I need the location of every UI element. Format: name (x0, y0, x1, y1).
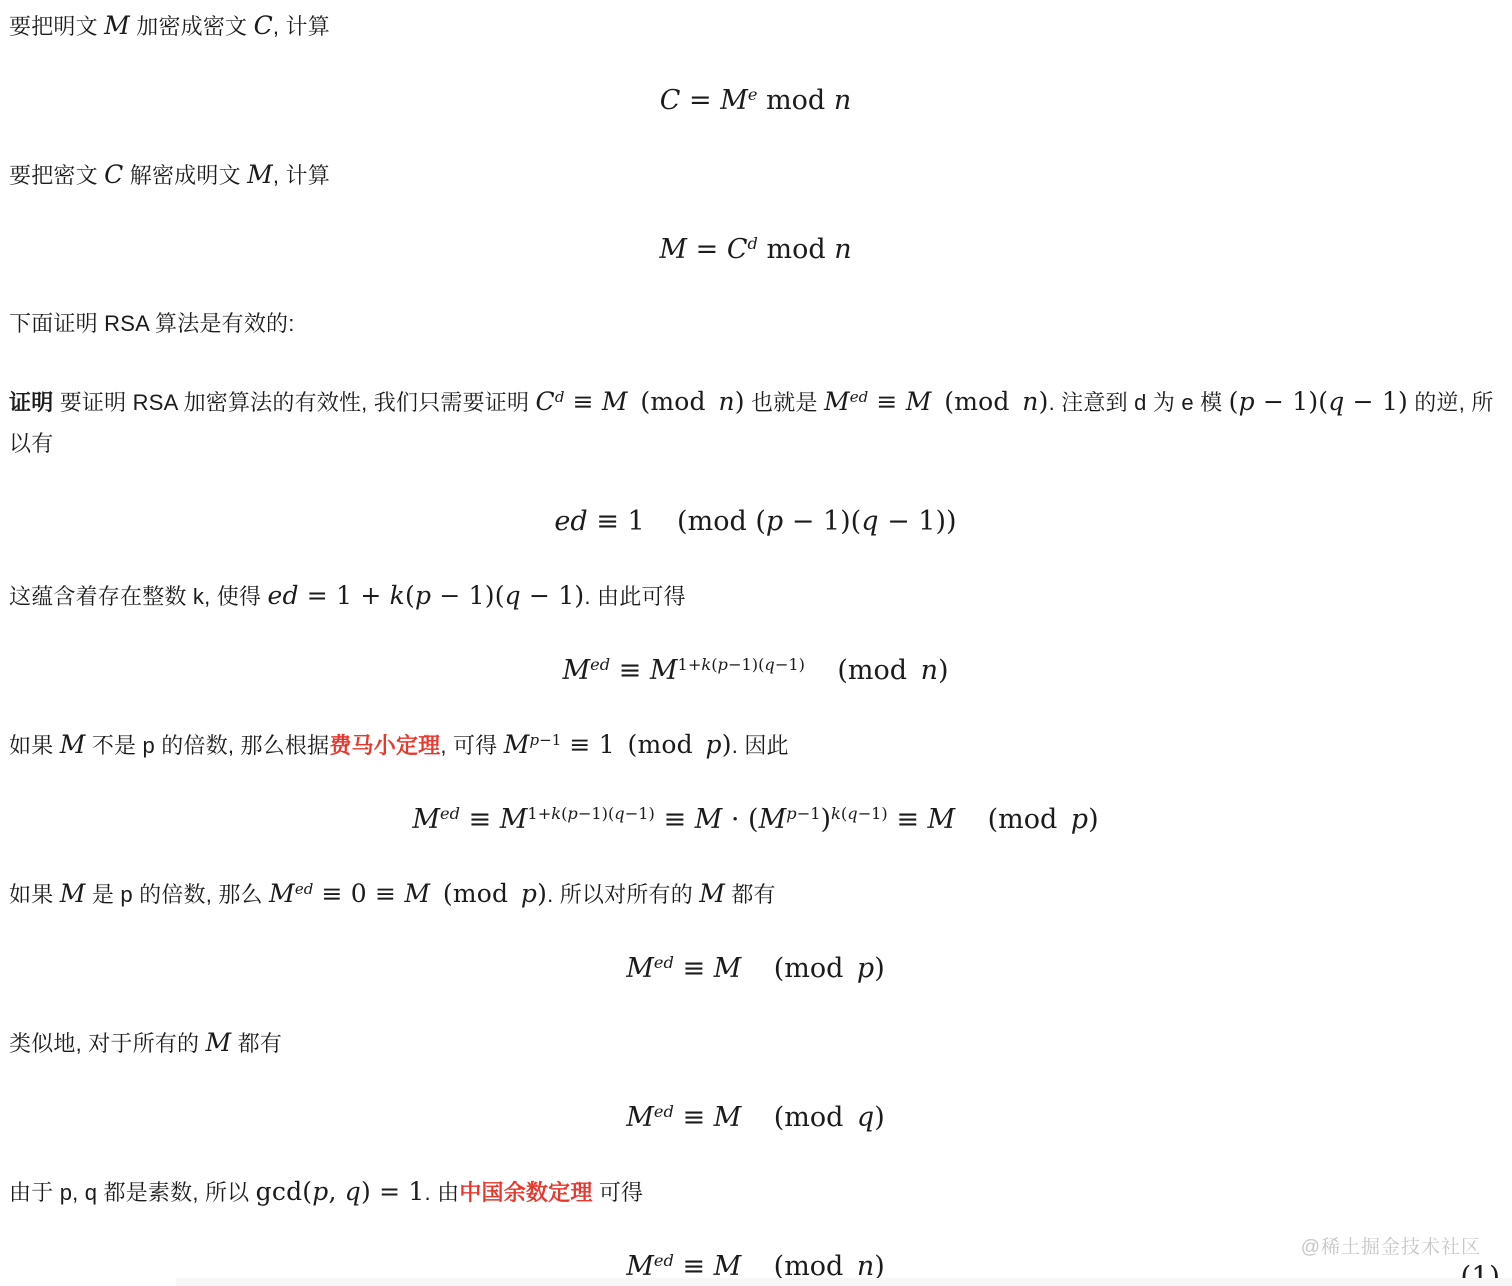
math-variable: M (906, 387, 932, 416)
paragraph: 如果 M 是 p 的倍数, 那么 Med ≡ 0 ≡ M (mod p). 所以… (9, 878, 1502, 911)
math-operator: −1) (775, 655, 805, 674)
display-formula: Med ≡ M (mod q) (9, 1101, 1502, 1135)
text-run: 下面证明 RSA 算法是有效的: (9, 311, 295, 336)
math-operator (693, 730, 706, 759)
math-variable: p (706, 730, 722, 759)
text-run: 可得 (593, 1180, 644, 1205)
math-operator: − 1)( (783, 506, 861, 537)
math-variable: ed (295, 880, 313, 898)
math-operator: ) (821, 804, 832, 835)
math-operator: −1)( (728, 655, 765, 674)
math-variable: k (701, 655, 711, 674)
math-operator: ) (1039, 387, 1049, 416)
math-variable: ed (267, 581, 298, 610)
math-operator: ) (874, 953, 885, 984)
math-operator: −1 (797, 804, 821, 823)
math-operator: = 1 + (299, 581, 390, 610)
math-operator (508, 879, 521, 908)
text-run: 不是 p 的倍数, 那么根据 (86, 733, 330, 758)
inline-math: Cd ≡ M (mod n) (536, 388, 745, 416)
math-operator: mod (784, 953, 843, 984)
math-operator (843, 953, 857, 984)
math-operator: = (680, 85, 720, 116)
math-operator: mod (650, 387, 705, 416)
math-operator: ) (874, 1102, 885, 1133)
math-operator: 1+ (527, 804, 551, 823)
math-variable: p (521, 879, 537, 908)
math-operator: ≡ (564, 387, 601, 416)
math-operator: mod (954, 387, 1009, 416)
math-operator: ( (741, 953, 784, 984)
inline-math: gcd(p, q) = 1 (256, 1178, 425, 1206)
display-formula: Med ≡ M1+k(p−1)(q−1) (mod n) (9, 654, 1502, 688)
math-variable: ed (850, 388, 868, 406)
math-operator: ( (1229, 387, 1239, 416)
math-operator: ( (955, 804, 998, 835)
math-variable: n (834, 234, 851, 265)
math-superscript: ed (654, 1102, 674, 1121)
math-variable: M (720, 85, 748, 116)
math-operator (826, 234, 835, 265)
inline-math: M (60, 731, 86, 759)
math-variable: M (695, 804, 723, 835)
math-operator: ) (938, 655, 949, 686)
formula-content: Med ≡ M (mod p) (626, 953, 885, 984)
text-run: . 所以对所有的 (547, 882, 699, 907)
math-variable: M (504, 730, 530, 759)
math-operator: gcd (256, 1177, 303, 1206)
math-operator: ) = 1 (361, 1177, 425, 1206)
math-operator: −1) (858, 804, 888, 823)
math-operator: ≡ (460, 804, 500, 835)
math-variable: k (831, 804, 841, 823)
math-operator: ( (747, 506, 766, 537)
math-variable: ed (554, 506, 587, 537)
math-operator (907, 655, 921, 686)
article: 要把明文 M 加密成密文 C, 计算C = Me mod n要把密文 C 解密成… (0, 0, 1512, 1286)
math-variable: M (60, 730, 86, 759)
math-variable: M (626, 953, 654, 984)
math-variable: k (551, 804, 561, 823)
math-operator: ≡ (888, 804, 928, 835)
display-formula: ed ≡ 1 (mod (p − 1)(q − 1)) (9, 505, 1502, 539)
text-run: 这蕴含着存在整数 k, 使得 (9, 584, 267, 609)
text-run: 加密成密文 (130, 14, 254, 39)
math-superscript: k(q−1) (831, 804, 888, 823)
math-variable: M (659, 234, 687, 265)
inline-math: Med ≡ 0 ≡ M (mod p) (269, 880, 547, 908)
paragraph: 类似地, 对于所有的 M 都有 (9, 1027, 1502, 1060)
text-run: . 因此 (732, 733, 789, 758)
math-variable: q (764, 655, 774, 674)
math-operator: ) (537, 879, 547, 908)
math-operator: ( (741, 1102, 784, 1133)
bottom-bar (176, 1278, 1512, 1286)
math-variable: M (412, 804, 440, 835)
formula-content: Med ≡ M1+k(p−1)(q−1) ≡ M · (Mp−1)k(q−1) … (412, 804, 1098, 835)
math-variable: M (269, 879, 295, 908)
math-variable: M (650, 655, 678, 686)
math-variable: q (847, 804, 857, 823)
math-variable: p (530, 731, 540, 749)
math-variable: ed (440, 804, 460, 823)
math-operator: − 1)( (1255, 387, 1328, 416)
math-variable: M (247, 160, 273, 189)
math-superscript: ed (590, 655, 610, 674)
math-variable: C (660, 85, 681, 116)
text-run: 是 p 的倍数, 那么 (86, 882, 270, 907)
math-operator: ≡ (655, 804, 695, 835)
math-variable: p (567, 804, 577, 823)
text-run: 解密成明文 (123, 163, 247, 188)
math-variable: q (614, 804, 624, 823)
math-variable: p (1239, 387, 1255, 416)
math-variable: q (345, 1177, 361, 1206)
display-formula: C = Me mod n (9, 84, 1502, 118)
inline-math: M (699, 880, 725, 908)
term-link[interactable]: 费马小定理 (329, 733, 440, 758)
math-operator (1057, 804, 1071, 835)
text-run: . 注意到 d 为 e 模 (1049, 390, 1229, 415)
math-variable: M (104, 11, 130, 40)
paragraph: 如果 M 不是 p 的倍数, 那么根据费马小定理, 可得 Mp−1 ≡ 1 (m… (9, 729, 1502, 762)
text-run: 如果 (9, 733, 60, 758)
math-superscript: ed (654, 953, 674, 972)
math-operator: ( (932, 387, 955, 416)
math-variable: p (766, 506, 783, 537)
math-variable: M (714, 1102, 742, 1133)
math-operator: mod (848, 655, 907, 686)
math-operator (706, 387, 719, 416)
math-operator: mod (784, 1102, 843, 1133)
paragraph: 要把明文 M 加密成密文 C, 计算 (9, 10, 1502, 43)
math-variable: M (928, 804, 956, 835)
text-run: , 计算 (273, 163, 330, 188)
paragraph: 这蕴含着存在整数 k, 使得 ed = 1 + k(p − 1)(q − 1).… (9, 580, 1502, 613)
math-variable: M (562, 655, 590, 686)
math-operator: − 1)( (431, 581, 504, 610)
math-variable: ed (654, 953, 674, 972)
math-variable: M (626, 1102, 654, 1133)
paragraph: 证明 要证明 RSA 加密算法的有效性, 我们只需要证明 Cd ≡ M (mod… (9, 381, 1502, 464)
math-operator: ≡ (610, 655, 650, 686)
math-variable: C (536, 387, 555, 416)
math-variable: p (1071, 804, 1088, 835)
math-operator: mod (998, 804, 1057, 835)
inline-math: (p − 1)(q − 1) (1229, 388, 1408, 416)
math-variable: n (834, 85, 851, 116)
text-run: . 由 (424, 1180, 459, 1205)
formula-content: C = Me mod n (660, 85, 851, 116)
math-operator: = (687, 234, 727, 265)
math-operator: ) (1088, 804, 1099, 835)
math-variable: p (415, 581, 431, 610)
math-operator: ( (805, 655, 848, 686)
text-run: 如果 (9, 882, 60, 907)
math-variable: q (857, 1102, 874, 1133)
inline-math: Mp−1 ≡ 1 (mod p) (504, 731, 732, 759)
math-operator: − 1) (1345, 387, 1409, 416)
math-variable: ed (654, 1102, 674, 1121)
math-operator: ≡ 1 ( (561, 730, 637, 759)
display-formula: Med ≡ M (mod p) (9, 952, 1502, 986)
math-operator: mod (637, 730, 692, 759)
text-run: , 可得 (440, 733, 503, 758)
math-operator: mod (766, 234, 825, 265)
text-run: 要把明文 (9, 14, 104, 39)
formula-content: ed ≡ 1 (mod (p − 1)(q − 1)) (554, 506, 956, 537)
math-operator: −1 (539, 731, 561, 749)
math-variable: q (861, 506, 878, 537)
math-variable: p (718, 655, 728, 674)
math-operator: ≡ 0 ≡ (313, 879, 404, 908)
math-variable: M (206, 1028, 232, 1057)
math-superscript: ed (440, 804, 460, 823)
math-operator: ( (430, 879, 453, 908)
math-superscript: ed (295, 881, 313, 898)
math-operator: ) (722, 730, 732, 759)
bold-label: 证明 (9, 390, 53, 415)
math-superscript: p−1 (786, 804, 820, 823)
display-formula: M = Cd mod n (9, 233, 1502, 267)
math-superscript: ed (654, 1251, 674, 1270)
math-variable: k (390, 581, 405, 610)
math-operator: · ( (722, 804, 758, 835)
math-variable: M (404, 879, 430, 908)
inline-math: M (206, 1029, 232, 1057)
term-link[interactable]: 中国余数定理 (459, 1180, 592, 1205)
math-operator: ≡ (868, 387, 905, 416)
inline-math: ed = 1 + k(p − 1)(q − 1) (267, 582, 584, 610)
math-operator: mod (453, 879, 508, 908)
math-operator: ≡ (674, 1102, 714, 1133)
math-operator: − 1) (521, 581, 585, 610)
math-operator: −1)( (578, 804, 615, 823)
math-operator: , (328, 1177, 344, 1206)
math-variable: M (699, 879, 725, 908)
math-variable: q (505, 581, 521, 610)
math-operator: mod (688, 506, 747, 537)
math-variable: C (727, 234, 748, 265)
math-variable: p (857, 953, 874, 984)
inline-math: C (254, 12, 273, 40)
math-variable: ed (654, 1251, 674, 1270)
math-operator: ( (302, 1177, 312, 1206)
inline-math: Med ≡ M (mod n) (824, 388, 1049, 416)
math-superscript: p−1 (530, 732, 562, 749)
paragraph: 要把密文 C 解密成明文 M, 计算 (9, 159, 1502, 192)
math-variable: M (60, 879, 86, 908)
math-variable: q (1328, 387, 1344, 416)
text-run: 都有 (725, 882, 776, 907)
text-run: , 计算 (273, 14, 330, 39)
text-run: . 由此可得 (584, 584, 685, 609)
display-formula: Med ≡ M1+k(p−1)(q−1) ≡ M · (Mp−1)k(q−1) … (9, 803, 1502, 837)
math-variable: d (748, 234, 758, 253)
math-operator: −1) (625, 804, 655, 823)
inline-math: C (104, 161, 123, 189)
math-variable: M (759, 804, 787, 835)
formula-content: Med ≡ M1+k(p−1)(q−1) (mod n) (562, 655, 948, 686)
paragraph: 下面证明 RSA 算法是有效的: (9, 308, 1502, 340)
inline-math: M (247, 161, 273, 189)
math-operator: mod (766, 85, 825, 116)
math-variable: M (602, 387, 628, 416)
math-operator (843, 1102, 857, 1133)
math-operator: ( (405, 581, 415, 610)
math-operator (1010, 387, 1023, 416)
math-variable: M (824, 387, 850, 416)
math-variable: M (714, 953, 742, 984)
math-variable: C (104, 160, 123, 189)
text-run: 都有 (231, 1031, 282, 1056)
math-operator: 1+ (678, 655, 702, 674)
math-operator: ) (735, 387, 745, 416)
inline-math: M (104, 12, 130, 40)
math-variable: n (1022, 387, 1038, 416)
math-variable: M (500, 804, 528, 835)
math-superscript: d (748, 234, 758, 253)
math-operator: ≡ (674, 953, 714, 984)
math-variable: ed (590, 655, 610, 674)
math-variable: p (312, 1177, 328, 1206)
paragraph: 由于 p, q 都是素数, 所以 gcd(p, q) = 1. 由中国余数定理 … (9, 1176, 1502, 1209)
math-operator (757, 85, 766, 116)
math-superscript: 1+k(p−1)(q−1) (678, 655, 805, 674)
math-variable: n (718, 387, 734, 416)
watermark: @稀土掘金技术社区 (1301, 1232, 1481, 1259)
text-run: 类似地, 对于所有的 (9, 1031, 206, 1056)
math-superscript: 1+k(p−1)(q−1) (527, 804, 654, 823)
text-run: 也就是 (745, 390, 824, 415)
math-operator: − 1)) (879, 506, 957, 537)
math-variable: n (921, 655, 938, 686)
math-operator (825, 85, 834, 116)
inline-math: M (60, 880, 86, 908)
math-superscript: ed (850, 389, 868, 406)
text-run: 要证明 RSA 加密算法的有效性, 我们只需要证明 (53, 390, 535, 415)
math-variable: C (254, 11, 273, 40)
text-run: 由于 p, q 都是素数, 所以 (9, 1180, 256, 1205)
text-run: 要把密文 (9, 163, 104, 188)
math-variable: p (786, 804, 796, 823)
math-operator: ( (628, 387, 651, 416)
formula-content: M = Cd mod n (659, 234, 851, 265)
math-operator: ≡ 1 ( (588, 506, 688, 537)
formula-content: Med ≡ M (mod q) (626, 1102, 885, 1133)
